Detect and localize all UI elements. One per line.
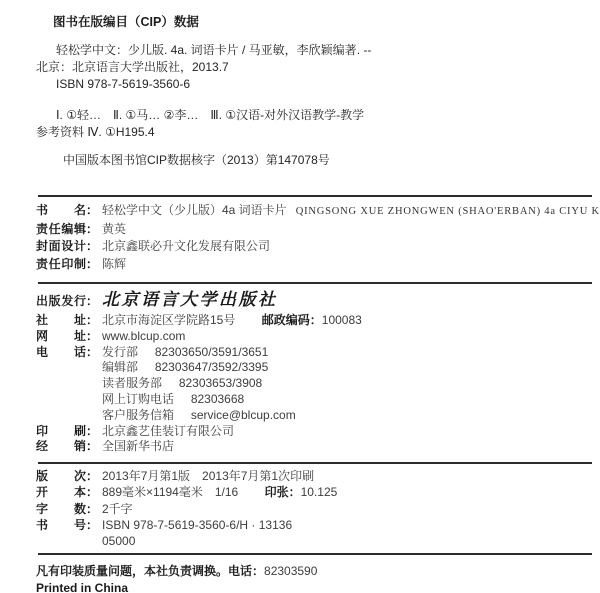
print-supervisor-row: 责任印制： 陈辉 [36, 256, 592, 274]
field-label: 印刷 [36, 424, 86, 440]
edition-section: 版次： 2013年7月第1版 2013年7月第1次印刷 开本： 889毫米×11… [36, 468, 592, 549]
address-row: 社址： 北京市海淀区学院路15号 邮政编码： 100083 [36, 313, 592, 329]
phone-numbers: 82303647/3592/3395 [155, 360, 268, 376]
cip-publisher-line: 北京：北京语言大学出版社，2013.7 [36, 59, 592, 76]
dept-label: 客户服务信箱 [102, 408, 174, 424]
field-colon: ： [310, 313, 322, 329]
section-divider [38, 195, 592, 197]
book-info-section: 书名： 轻松学中文（少儿版）4a 词语卡片 QINGSONG XUE ZHONG… [36, 202, 592, 273]
field-colon: ： [86, 329, 98, 343]
field-colon: ： [86, 345, 98, 359]
field-label: 责任编辑 [36, 221, 86, 239]
distributor-row: 经销： 全国新华书店 [36, 439, 592, 455]
printed-in-china: Printed in China [36, 580, 592, 593]
field-label: 出版发行 [36, 289, 86, 313]
field-label: 版次 [36, 468, 86, 484]
isbn-value: ISBN 978-7-5619-3560-6/H · 13136 [102, 517, 292, 533]
print-supervisor-value: 陈辉 [102, 256, 126, 274]
field-label: 书名 [36, 202, 86, 220]
dept-label: 发行部 [102, 345, 138, 361]
sheets-value: 10.125 [301, 484, 338, 500]
printer-value: 北京鑫艺佳装订有限公司 [102, 424, 234, 440]
field-label: 电话 [36, 345, 86, 361]
publisher-section: 出版发行： 北京语言大学出版社 社址： 北京市海淀区学院路15号 邮政编码： 1… [36, 288, 592, 455]
address-value: 北京市海淀区学院路15号 [102, 313, 235, 329]
cip-description-line: 轻松学中文：少儿版. 4a. 词语卡片 / 马亚敏，李欣颖编著. -- [56, 42, 592, 59]
field-colon: ： [86, 313, 98, 327]
field-colon: ： [86, 257, 98, 271]
website-row: 网址： www.blcup.com [36, 329, 592, 345]
isbn-line: ISBN 978-7-5619-3560-6 [56, 76, 592, 93]
editor-row: 责任编辑： 黄英 [36, 221, 592, 239]
editor-value: 黄英 [102, 221, 126, 239]
section-divider [38, 553, 592, 555]
phone-numbers: 82303668 [191, 392, 244, 408]
distributor-value: 全国新华书店 [102, 439, 174, 455]
quality-notice-phone: 82303590 [264, 564, 317, 578]
cip-record: 中国版本图书馆CIP数据核字（2013）第147078号 [63, 152, 592, 169]
field-label: 封面设计 [36, 238, 86, 256]
field-label: 责任印制 [36, 256, 86, 274]
section-divider [38, 282, 592, 284]
dept-label: 网上订购电话 [102, 392, 174, 408]
isbn-row: 书号： ISBN 978-7-5619-3560-6/H · 13136 [36, 517, 592, 533]
field-colon: ： [86, 294, 98, 308]
field-colon: ： [86, 485, 98, 499]
field-label: 开本 [36, 484, 86, 500]
dept-label: 读者服务部 [102, 376, 162, 392]
field-colon: ： [86, 239, 98, 253]
printer-row: 印刷： 北京鑫艺佳装订有限公司 [36, 424, 592, 440]
field-label: 社址 [36, 313, 86, 329]
field-label: 字数 [36, 501, 86, 517]
field-colon: ： [289, 484, 301, 500]
print-run-line: 05000 [102, 533, 592, 549]
field-colon: ： [86, 424, 98, 438]
field-colon: ： [86, 222, 98, 236]
book-title-row: 书名： 轻松学中文（少儿版）4a 词语卡片 QINGSONG XUE ZHONG… [36, 202, 592, 221]
service-email-row: 客户服务信箱 service@blcup.com [102, 408, 592, 424]
website-value: www.blcup.com [102, 329, 185, 345]
section-divider [38, 462, 592, 464]
edition-row: 版次： 2013年7月第1版 2013年7月第1次印刷 [36, 468, 592, 484]
phone-sub-row: 编辑部 82303647/3592/3395 [102, 360, 592, 376]
book-title-pinyin: QINGSONG XUE ZHONGWEN (SHAO'ERBAN) 4a CI… [296, 203, 600, 221]
format-row: 开本： 889毫米×1194毫米 1/16 印张： 10.125 [36, 484, 592, 500]
page-footer: 凡有印装质量问题，本社负责调换。电话：82303590 Printed in C… [36, 563, 592, 593]
edition-value: 2013年7月第1版 2013年7月第1次印刷 [102, 468, 314, 484]
sheets-label: 印张 [265, 484, 289, 500]
publisher-row: 出版发行： 北京语言大学出版社 [36, 288, 592, 313]
postcode-value: 100083 [322, 313, 362, 329]
wordcount-row: 字数： 2千字 [36, 501, 592, 517]
cover-design-row: 封面设计： 北京鑫联必升文化发展有限公司 [36, 238, 592, 256]
postcode-label: 邮政编码 [262, 313, 310, 329]
cip-header: 图书在版编目（CIP）数据 [53, 12, 592, 30]
field-colon: ： [86, 518, 98, 532]
field-label: 书号 [36, 517, 86, 533]
field-colon: ： [86, 469, 98, 483]
field-label: 经销 [36, 439, 86, 455]
cover-design-value: 北京鑫联必升文化发展有限公司 [102, 238, 270, 256]
phone-numbers: 82303650/3591/3651 [155, 345, 268, 361]
phone-sub-row: 读者服务部 82303653/3908 [102, 376, 592, 392]
service-email: service@blcup.com [191, 408, 296, 424]
phone-sub-row: 网上订购电话 82303668 [102, 392, 592, 408]
quality-notice: 凡有印装质量问题，本社负责调换。电话：82303590 [36, 563, 592, 580]
cip-section: 图书在版编目（CIP）数据 轻松学中文：少儿版. 4a. 词语卡片 / 马亚敏，… [36, 12, 592, 169]
dept-label: 编辑部 [102, 360, 138, 376]
field-label: 网址 [36, 329, 86, 345]
classification-line-2: 参考资料 Ⅳ. ①H195.4 [36, 124, 592, 141]
wordcount-value: 2千字 [102, 501, 133, 517]
phone-row: 电话： 发行部 82303650/3591/3651 [36, 345, 592, 361]
classification-line-1: Ⅰ. ①轻… Ⅱ. ①马… ②李… Ⅲ. ①汉语-对外汉语教学-教学 [56, 107, 592, 124]
publisher-logo-text: 北京语言大学出版社 [102, 288, 278, 312]
field-colon: ： [86, 502, 98, 516]
book-title-value: 轻松学中文（少儿版）4a 词语卡片 [102, 202, 287, 220]
format-value: 889毫米×1194毫米 1/16 [102, 484, 238, 500]
quality-notice-text: 凡有印装质量问题，本社负责调换。电话： [36, 564, 264, 578]
copyright-page: 图书在版编目（CIP）数据 轻松学中文：少儿版. 4a. 词语卡片 / 马亚敏，… [0, 0, 600, 593]
phone-numbers: 82303653/3908 [179, 376, 262, 392]
field-colon: ： [86, 203, 98, 217]
field-colon: ： [86, 439, 98, 453]
